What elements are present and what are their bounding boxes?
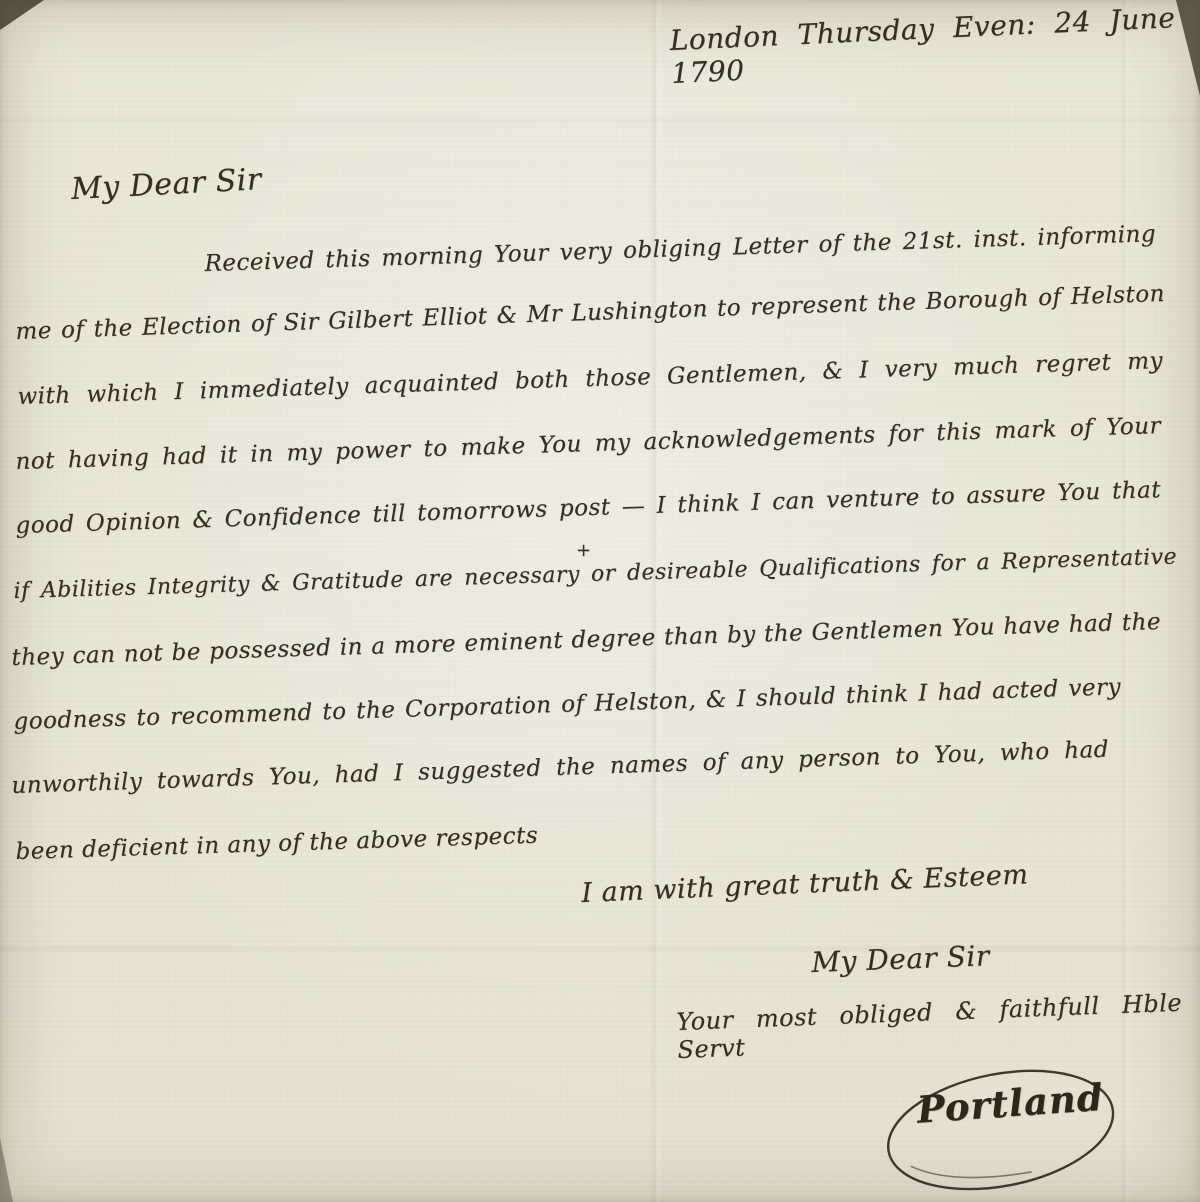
paper-corner-bottomleft [0,1138,13,1202]
paper-corner-topleft [0,0,44,30]
body-line: they can not be possessed in a more emin… [11,607,1161,673]
body-line: been deficient in any of the above respe… [15,821,539,867]
body-line: unworthily towards You, had I suggested … [11,735,1109,801]
insertion-mark: + [576,540,592,561]
body-line: goodness to recommend to the Corporation… [13,672,1121,737]
body-line: with which I immediately acquainted both… [17,346,1163,412]
paper-fold-vertical-1 [650,0,662,1202]
paper-fold-horizontal-1 [0,944,1200,953]
closing-line-valediction: I am with great truth & Esteem [581,859,1029,909]
dateline: London Thursday Even: 24 June 1790 [669,1,1177,90]
signature-block: Portland [873,1034,1127,1202]
letter-page: London Thursday Even: 24 June 1790 My De… [0,0,1200,1202]
paper-corner-topright [1176,0,1200,96]
body-line: Received this morning Your very obliging… [204,219,1156,279]
closing-line-address: My Dear Sir [811,939,991,979]
body-line: not having had it in my power to make Yo… [15,411,1161,477]
paper-fold-horizontal-2 [0,116,1200,124]
body-line: if Abilities Integrity & Gratitude are n… [13,542,1177,607]
body-line: good Opinion & Confidence till tomorrows… [15,475,1161,541]
salutation: My Dear Sir [70,162,262,207]
body-line: me of the Election of Sir Gilbert Elliot… [15,279,1165,347]
